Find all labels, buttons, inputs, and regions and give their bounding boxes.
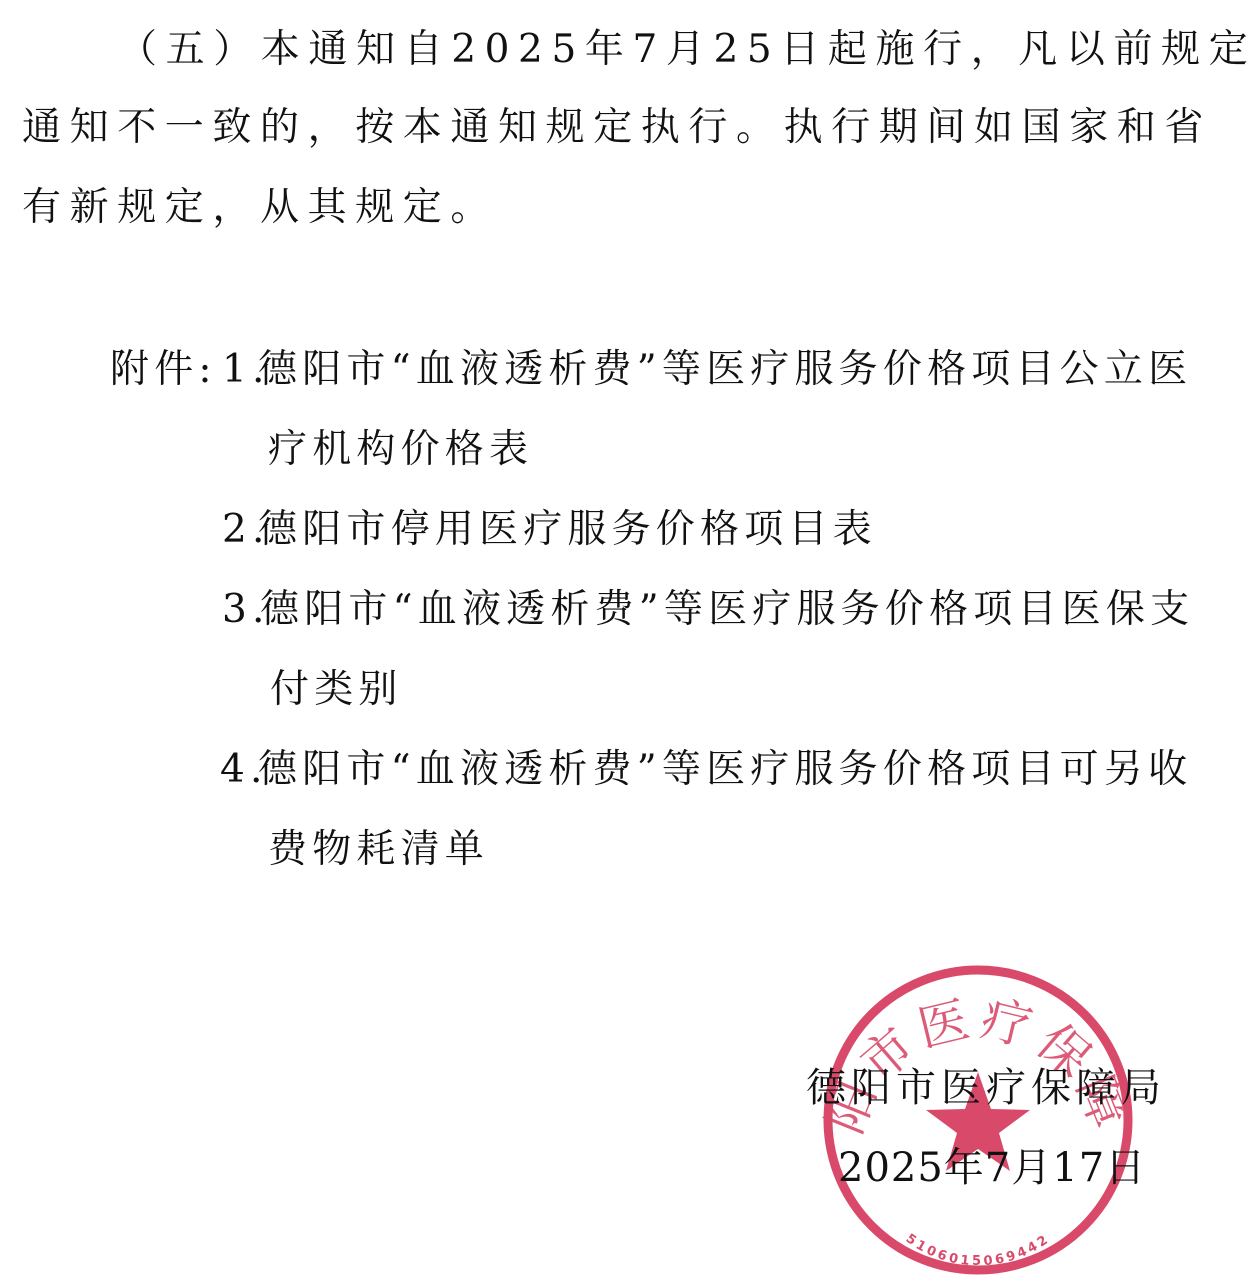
paragraph-line-3: 有新规定，从其规定。 [22, 184, 498, 232]
paragraph-line-1: （五）本通知自2025年7月25日起施行，凡以前规定与本 [118, 26, 1248, 74]
attachment-3-title-cont: 付类别 [270, 666, 403, 714]
issue-date: 2025年7月17日 [838, 1144, 1146, 1192]
attachment-2-title: 德阳市停用医疗服务价格项目表 [258, 506, 877, 554]
attachment-4-title-cont: 费物耗清单 [268, 826, 489, 874]
official-seal: 德阳市医疗保障局 5106015069442 [812, 955, 1144, 1285]
attachments-label: 附件: [110, 346, 217, 394]
issuer-name: 德阳市医疗保障局 [806, 1064, 1166, 1112]
paragraph-line-2: 通知不一致的，按本通知规定执行。执行期间如国家和省 [22, 104, 1212, 152]
attachment-4-title: 德阳市“血液透析费”等医疗服务价格项目可另收 [258, 746, 1192, 794]
attachment-1-title-cont: 疗机构价格表 [268, 426, 533, 474]
attachment-3-title: 德阳市“血液透析费”等医疗服务价格项目医保支 [260, 586, 1194, 634]
attachment-1-title: 德阳市“血液透析费”等医疗服务价格项目公立医 [258, 346, 1192, 394]
